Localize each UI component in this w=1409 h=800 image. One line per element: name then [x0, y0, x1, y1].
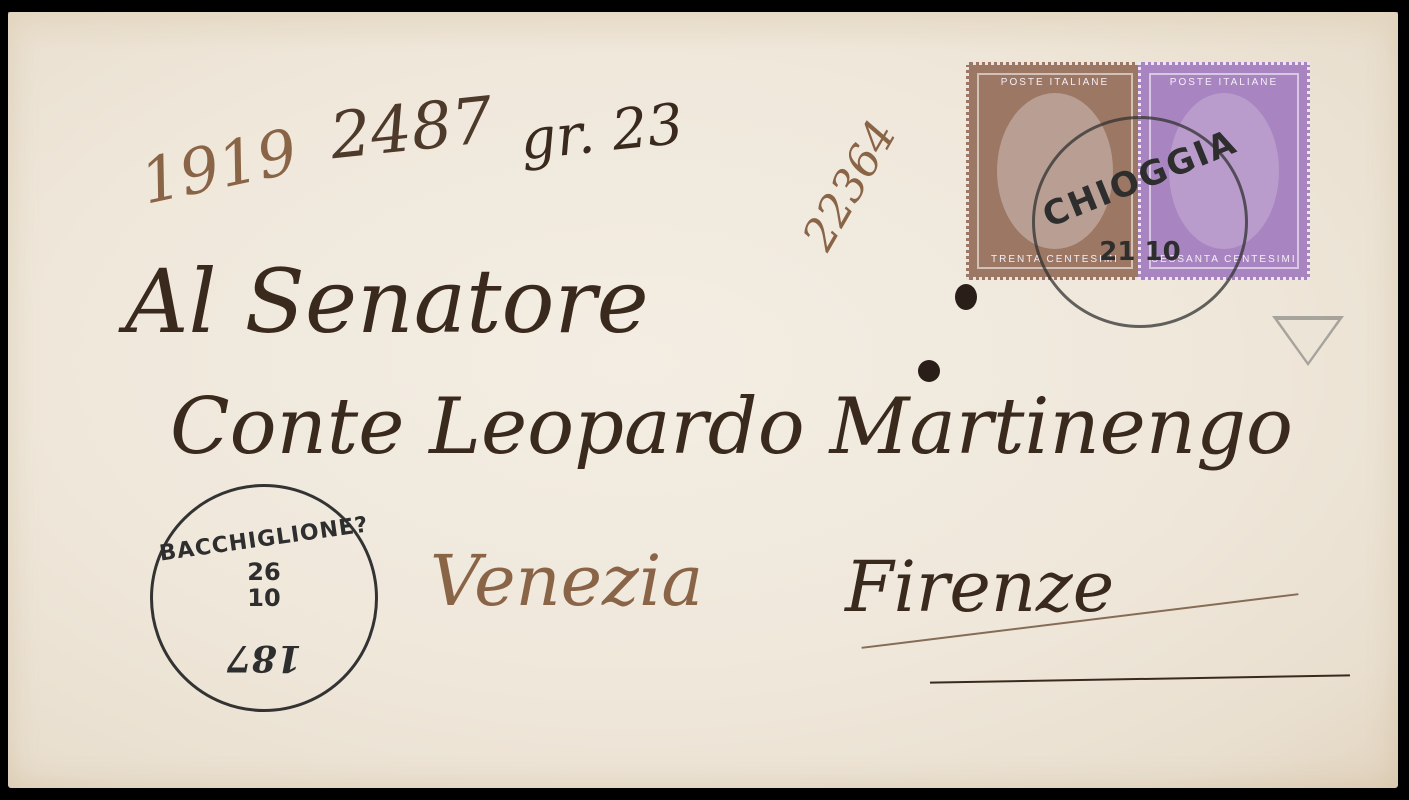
stamp-top-text: POSTE ITALIANE [1141, 77, 1307, 88]
address-line-1: Al Senatore [125, 250, 649, 353]
postmark-arrival: BACCHIGLIONE? 26 10 187 [150, 484, 378, 712]
stamp-top-text: POSTE ITALIANE [969, 77, 1141, 88]
postmark-month: 10 [153, 585, 375, 611]
pencil-triangle-mark-inner [1278, 320, 1338, 362]
ink-blot [955, 284, 977, 310]
envelope-flap-shadow [8, 12, 1398, 52]
address-line-3-forwarding: Venezia [430, 540, 703, 622]
postmark-date: 21 10 [1035, 239, 1245, 265]
postmark-chioggia: CHIOGGIA 21 10 [1032, 116, 1248, 328]
address-line-4-crossed: Firenze [845, 546, 1114, 628]
postmark-date: 26 10 [153, 559, 375, 611]
ink-blot [918, 360, 940, 382]
postmark-year: 187 [153, 637, 375, 679]
postmark-day: 26 [153, 559, 375, 585]
address-line-2: Conte Leopardo Martinengo [170, 382, 1293, 472]
